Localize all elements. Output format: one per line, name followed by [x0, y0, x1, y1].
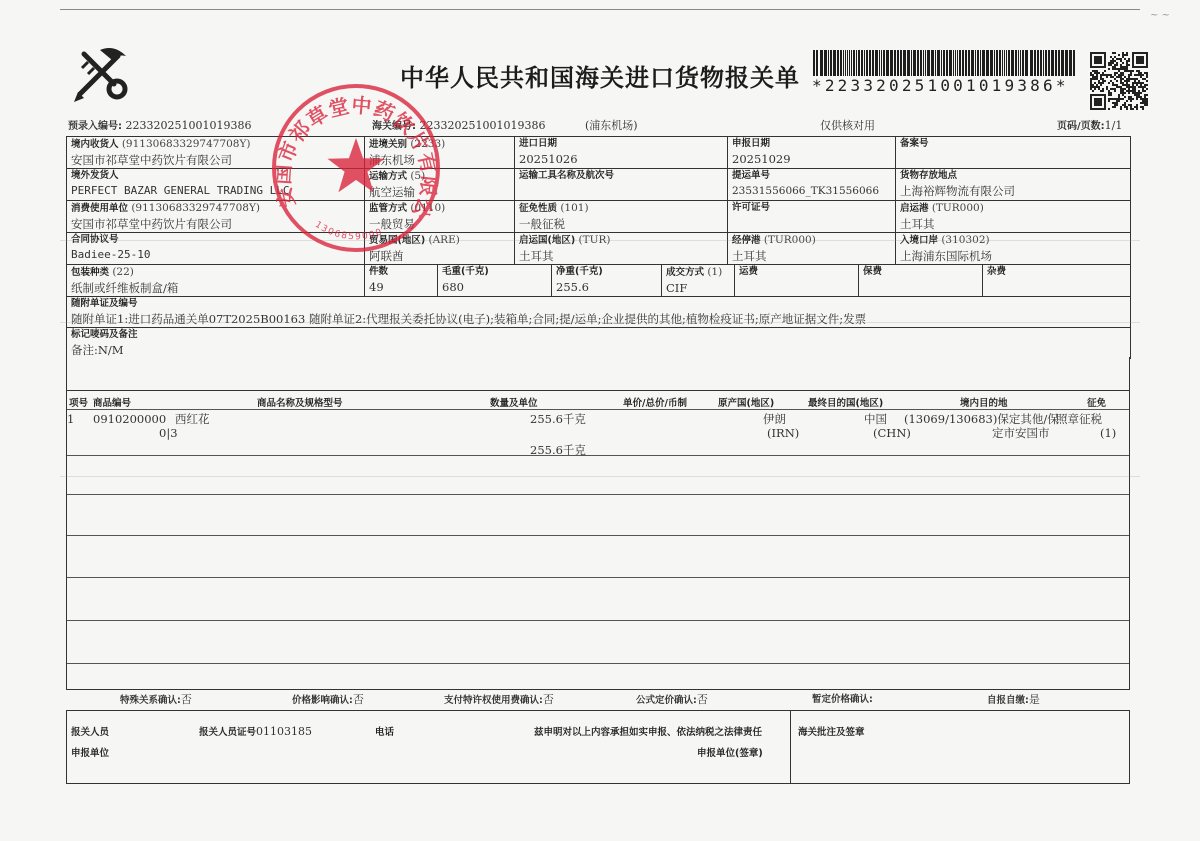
marks-cell: 标记唛码及备注备注:N/M	[67, 328, 1131, 359]
header-row-4: 合同协议号Badiee-25-10 贸易国(地区) (ARE)阿联酋 启运国(地…	[67, 233, 1131, 265]
transport-name-cell: 运输工具名称及航次号	[515, 169, 728, 201]
col-price: 单价/总价/币制	[623, 395, 687, 409]
origin-code: (IRN)	[767, 426, 799, 441]
entry-port-cell: 入境口岸 (310302)上海浦东国际机场	[896, 233, 1131, 265]
pre-entry-label: 预录入编号:	[68, 121, 122, 132]
broker-label: 报关人员	[71, 724, 109, 738]
entry-customs-cell: 进境关别 (2233)浦东机场	[365, 137, 515, 169]
bill-no-cell: 提运单号23531556066_TK31556066	[728, 169, 896, 201]
item-no: 1	[67, 412, 74, 427]
confirm-self-declare: 自报自缴:是	[987, 691, 1040, 707]
misc-fee-cell: 杂费	[983, 265, 1131, 297]
customs-note-label: 海关批注及签章	[798, 724, 865, 738]
insurance-cell: 保费	[859, 265, 983, 297]
confirm-special-relation: 特殊关系确认:否	[120, 691, 192, 707]
departure-country-cell: 启运国(地区) (TUR)土耳其	[515, 233, 728, 265]
declare-date-cell: 申报日期20251029	[728, 137, 896, 169]
hs-code: 0910200000	[93, 412, 166, 427]
declaration-header-table: 境内收货人 (91130683329747708Y)安国市祁草堂中药饮片有限公司…	[66, 136, 1131, 265]
pre-entry-number: 预录入编号: 223320251001019386	[68, 117, 251, 132]
barcode-icon	[813, 50, 1075, 76]
pre-entry-value: 223320251001019386	[126, 119, 252, 132]
goods-spec: 0|3	[159, 426, 178, 441]
goods-table: 项号 商品编号 商品名称及规格型号 数量及单位 单价/总价/币制 原产国(地区)…	[66, 390, 1130, 690]
header-row-1: 境内收货人 (91130683329747708Y)安国市祁草堂中药饮片有限公司…	[67, 137, 1131, 169]
barcode-number: *223320251001019386*	[812, 76, 1082, 95]
col-item-no: 项号	[69, 395, 88, 409]
verify-note: 仅供核对用	[820, 117, 875, 133]
confirm-royalty: 支付特许权使用费确认:否	[444, 691, 554, 707]
domestic-destination-1: (13069/130683)保定其他/保	[904, 412, 1059, 427]
declarant-seal-label: 申报单位(签章)	[697, 745, 763, 759]
consignee-cell: 境内收货人 (91130683329747708Y)安国市祁草堂中药饮片有限公司	[67, 137, 365, 169]
goods-name: 西红花	[175, 412, 210, 427]
port-note: (浦东机场)	[585, 117, 638, 133]
broker-cert: 报关人员证号01103185	[199, 724, 312, 738]
transport-mode-cell: 运输方式 (5)航空运输	[365, 169, 515, 201]
customs-emblem-icon	[70, 42, 134, 106]
document-title: 中华人民共和国海关进口货物报关单	[400, 58, 800, 93]
trade-country-cell: 贸易国(地区) (ARE)阿联酋	[365, 233, 515, 265]
declarant-label: 申报单位	[71, 745, 109, 759]
consignor-cell: 境外发货人PERFECT BAZAR GENERAL TRADING LLC	[67, 169, 365, 201]
license-no-cell: 许可证号	[728, 201, 896, 233]
confirm-price-influence: 价格影响确认:否	[292, 691, 364, 707]
transaction-mode-cell: 成交方式 (1)CIF	[662, 265, 735, 297]
customs-no-value: 223320251001019386	[420, 119, 546, 132]
import-date-cell: 进口日期20251026	[515, 137, 728, 169]
scan-edge-line	[60, 9, 1140, 10]
customs-number: 海关编号: 223320251001019386	[372, 117, 545, 132]
marks-row: 标记唛码及备注备注:N/M	[67, 328, 1131, 359]
header-row-3: 消费使用单位 (91130683329747708Y)安国市祁草堂中药饮片有限公…	[67, 201, 1131, 233]
levy-mode: 照章征税	[1056, 412, 1102, 427]
net-weight-cell: 净重(千克)255.6	[552, 265, 662, 297]
departure-port-cell: 启运港 (TUR000)土耳其	[896, 201, 1131, 233]
confirm-formula-price: 公式定价确认:否	[636, 691, 708, 707]
pieces-cell: 件数49	[365, 265, 438, 297]
packaging-weights-table: 包装种类 (22)纸制或纤维板制盒/箱 件数49 毛重(千克)680 净重(千克…	[66, 264, 1131, 359]
col-domestic-dest: 境内目的地	[960, 395, 1008, 409]
col-final-dest: 最终目的国(地区)	[808, 395, 883, 409]
domestic-destination-2: 定市安国市	[992, 426, 1050, 441]
contract-no-cell: 合同协议号Badiee-25-10	[67, 233, 365, 265]
col-goods-name: 商品名称及规格型号	[257, 395, 343, 409]
col-hs-code: 商品编号	[93, 395, 131, 409]
declaration-statement: 兹申明对以上内容承担如实申报、依法纳税之法律责任	[534, 724, 762, 738]
consumer-cell: 消费使用单位 (91130683329747708Y)安国市祁草堂中药饮片有限公…	[67, 201, 365, 233]
levy-nature-cell: 征免性质 (101)一般征税	[515, 201, 728, 233]
gross-weight-cell: 毛重(千克)680	[438, 265, 552, 297]
header-row-2: 境外发货人PERFECT BAZAR GENERAL TRADING LLC 运…	[67, 169, 1131, 201]
qr-code-icon	[1090, 52, 1148, 110]
page-value: 1/1	[1105, 119, 1123, 132]
storage-place-cell: 货物存放地点上海裕辉物流有限公司	[896, 169, 1131, 201]
stop-port-cell: 经停港 (TUR000)土耳其	[728, 233, 896, 265]
col-origin: 原产国(地区)	[718, 395, 774, 409]
declaration-footer: 报关人员 报关人员证号01103185 电话 兹申明对以上内容承担如实申报、依法…	[66, 710, 1130, 784]
record-no-cell: 备案号	[896, 137, 1131, 169]
col-levy: 征免	[1087, 395, 1106, 409]
customs-no-label: 海关编号:	[372, 121, 416, 132]
destination-code: (CHN)	[873, 426, 911, 441]
page-label: 页码/页数:	[1057, 121, 1105, 132]
destination-country: 中国	[864, 412, 887, 427]
confirm-provisional-price: 暂定价格确认:	[812, 691, 873, 705]
quantity-1: 255.6千克	[530, 412, 586, 427]
levy-code: (1)	[1100, 426, 1116, 441]
page-indicator: 页码/页数:1/1	[1057, 117, 1122, 132]
package-type-cell: 包装种类 (22)纸制或纤维板制盒/箱	[67, 265, 365, 297]
freight-cell: 运费	[735, 265, 859, 297]
supervision-mode-cell: 监管方式 (0110)一般贸易	[365, 201, 515, 233]
phone-label: 电话	[375, 724, 394, 738]
origin-country: 伊朗	[763, 412, 786, 427]
packaging-row: 包装种类 (22)纸制或纤维板制盒/箱 件数49 毛重(千克)680 净重(千克…	[67, 265, 1131, 297]
col-quantity: 数量及单位	[490, 395, 538, 409]
corner-mark: ~ ~	[1150, 10, 1170, 21]
